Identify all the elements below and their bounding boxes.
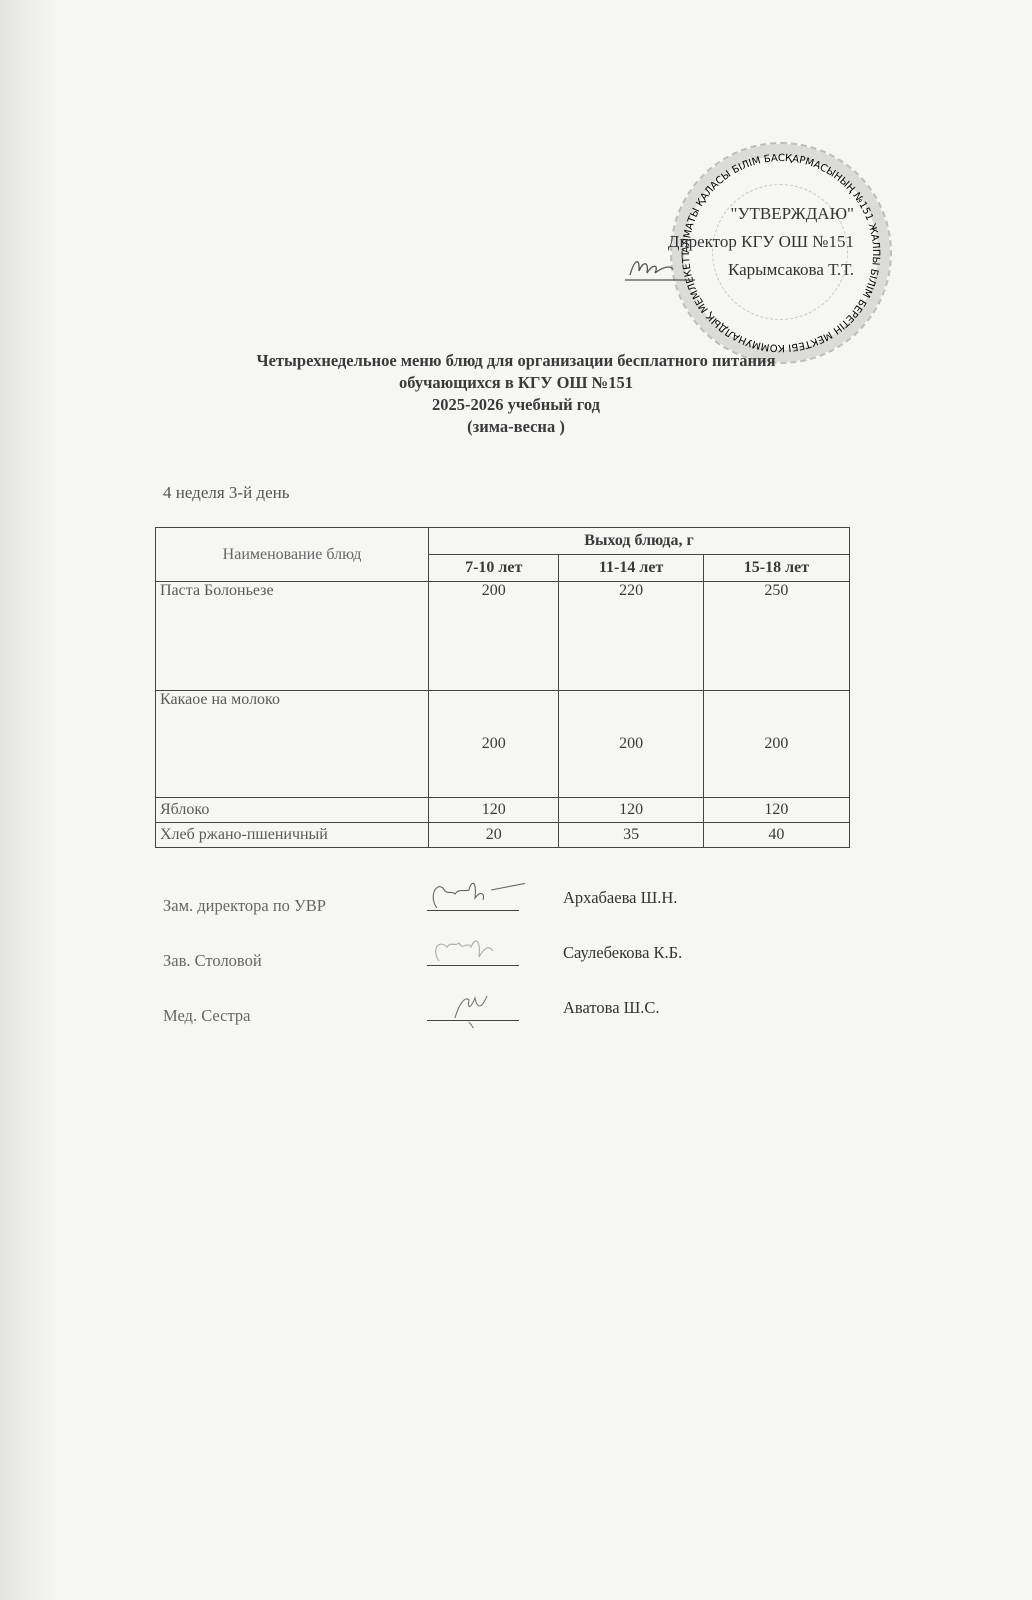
approval-block: "УТВЕРЖДАЮ" Директор КГУ ОШ №151 Карымса… xyxy=(668,200,854,284)
page-edge-shadow xyxy=(0,0,60,1600)
signer-name: Архабаева Ш.Н. xyxy=(563,888,677,908)
menu-table: Наименование блюд Выход блюда, г 7-10 ле… xyxy=(155,527,850,848)
dish-name: Яблоко xyxy=(156,798,429,823)
signature-line xyxy=(427,965,519,966)
dish-output: 200 xyxy=(703,691,849,798)
dish-output: 250 xyxy=(703,582,849,691)
title-line-1: Четырехнедельное меню блюд для организац… xyxy=(0,350,1032,372)
signature-line xyxy=(427,1020,519,1021)
dish-output: 200 xyxy=(559,691,703,798)
title-line-3: 2025-2026 учебный год xyxy=(0,394,1032,416)
table-row: Какаое на молоко 200 200 200 xyxy=(156,691,850,798)
dish-name: Хлеб ржано-пшеничный xyxy=(156,823,429,848)
dish-output: 40 xyxy=(703,823,849,848)
dish-output: 200 xyxy=(429,691,559,798)
signature-mark xyxy=(425,933,525,973)
table-row: Яблоко 120 120 120 xyxy=(156,798,850,823)
signatures-block: Зам. директора по УВР Архабаева Ш.Н. Зав… xyxy=(160,886,760,1051)
dish-output: 200 xyxy=(429,582,559,691)
approval-label: "УТВЕРЖДАЮ" xyxy=(668,200,854,228)
dish-output: 120 xyxy=(703,798,849,823)
table-row: Паста Болоньезе 200 220 250 xyxy=(156,582,850,691)
title-line-4: (зима-весна ) xyxy=(0,416,1032,438)
approval-name: Карымсакова Т.Т. xyxy=(668,256,854,284)
signer-name: Саулебекова К.Б. xyxy=(563,943,682,963)
dish-name: Какаое на молоко xyxy=(156,691,429,798)
dish-name: Паста Болоньезе xyxy=(156,582,429,691)
document-title: Четырехнедельное меню блюд для организац… xyxy=(0,350,1032,438)
signer-name: Аватова Ш.С. xyxy=(563,998,660,1018)
signer-row: Мед. Сестра Аватова Ш.С. xyxy=(160,996,760,1051)
table-row: Хлеб ржано-пшеничный 20 35 40 xyxy=(156,823,850,848)
dish-output: 120 xyxy=(559,798,703,823)
header-age-7-10: 7-10 лет xyxy=(429,555,559,582)
approval-position: Директор КГУ ОШ №151 xyxy=(668,228,854,256)
week-day-label: 4 неделя 3-й день xyxy=(163,483,289,503)
dish-output: 35 xyxy=(559,823,703,848)
signer-role: Мед. Сестра xyxy=(163,1006,250,1026)
title-line-2: обучающихся в КГУ ОШ №151 xyxy=(0,372,1032,394)
header-age-11-14: 11-14 лет xyxy=(559,555,703,582)
signer-role: Зам. директора по УВР xyxy=(163,896,326,916)
dish-output: 220 xyxy=(559,582,703,691)
header-age-15-18: 15-18 лет xyxy=(703,555,849,582)
signature-mark xyxy=(425,878,525,918)
signer-role: Зав. Столовой xyxy=(163,951,262,971)
header-output: Выход блюда, г xyxy=(429,528,850,555)
signature-line xyxy=(427,910,519,911)
dish-output: 120 xyxy=(429,798,559,823)
dish-output: 20 xyxy=(429,823,559,848)
header-dish-name: Наименование блюд xyxy=(156,528,429,582)
signature-mark xyxy=(425,988,525,1028)
